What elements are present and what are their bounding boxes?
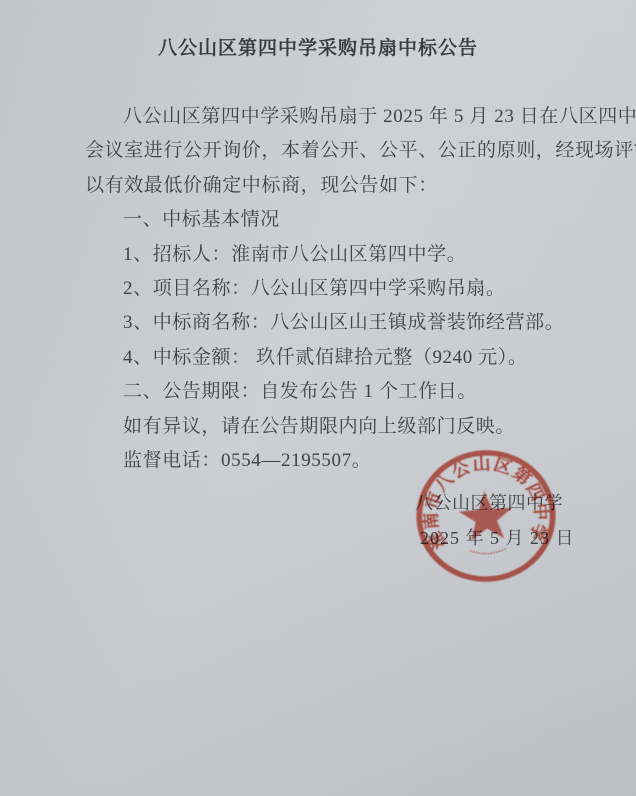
body-line-section-1: 一、中标基本情况	[85, 203, 565, 237]
seal-star-icon	[458, 490, 515, 542]
scanned-document-page: 八公山区第四中学采购吊扇中标公告 八公山区第四中学采购吊扇于 2025 年 5 …	[0, 0, 636, 796]
official-red-seal: 淮南市八公山区第四中学 •••••••••••••	[408, 442, 563, 590]
body-line-item-1: 1、招标人：淮南市八公山区第四中学。	[85, 238, 565, 272]
body-line: 如有异议，请在公告期限内向上级部门反映。	[85, 410, 565, 444]
document-body: 八公山区第四中学采购吊扇于 2025 年 5 月 23 日在八区四中四楼 会议室…	[85, 100, 565, 478]
body-line: 以有效最低价确定中标商，现公告如下：	[85, 169, 565, 203]
seal-code-marks: •••••••••••••	[468, 546, 509, 559]
document-title: 八公山区第四中学采购吊扇中标公告	[0, 33, 636, 60]
body-line-item-4: 4、中标金额： 玖仟贰佰肆拾元整（9240 元）。	[85, 341, 565, 375]
body-line: 会议室进行公开询价，本着公开、公平、公正的原则，经现场评审，	[85, 134, 565, 168]
body-line-section-2: 二、公告期限：自发布公告 1 个工作日。	[85, 375, 565, 409]
body-line: 八公山区第四中学采购吊扇于 2025 年 5 月 23 日在八区四中四楼	[85, 100, 565, 134]
seal-code-marks-path: •••••••••••••	[468, 546, 509, 559]
body-line-item-2: 2、项目名称：八公山区第四中学采购吊扇。	[85, 272, 565, 306]
body-line-item-3: 3、中标商名称：八公山区山王镇成誉装饰经营部。	[85, 306, 565, 340]
